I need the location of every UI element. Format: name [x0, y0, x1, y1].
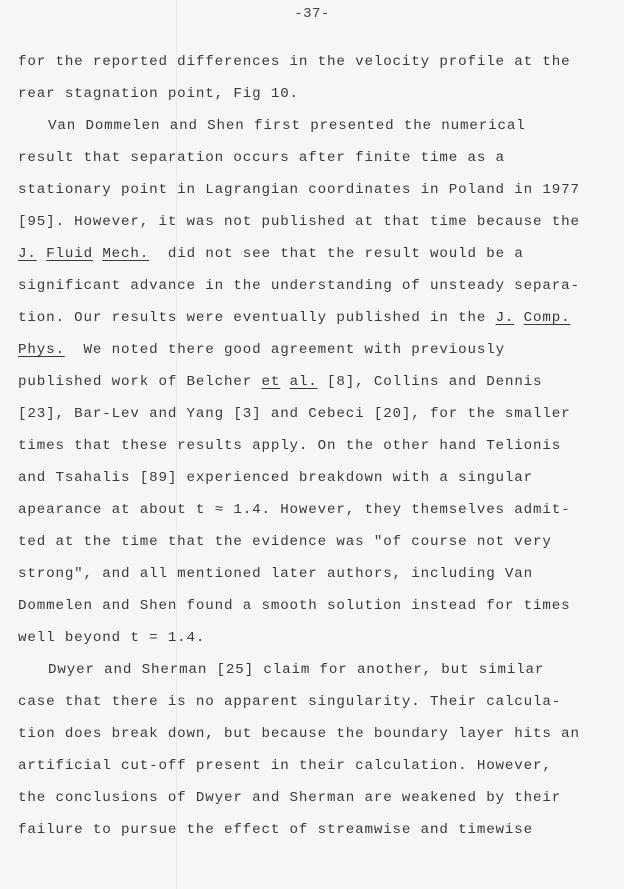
text-line: case that there is no apparent singulari… [18, 692, 618, 724]
journal-name: J. [18, 246, 37, 262]
text-line: Phys. We noted there good agreement with… [18, 340, 618, 372]
text-line: and Tsahalis [89] experienced breakdown … [18, 468, 618, 500]
text-line: tion. Our results were eventually publis… [18, 308, 618, 340]
text-line: the conclusions of Dwyer and Sherman are… [18, 788, 618, 820]
text-line: stationary point in Lagrangian coordinat… [18, 180, 618, 212]
text-fragment: tion. Our results were eventually publis… [18, 310, 496, 326]
journal-name: Fluid [46, 246, 93, 262]
text-line: [95]. However, it was not published at t… [18, 212, 618, 244]
paragraph-start-line: Dwyer and Sherman [25] claim for another… [18, 660, 618, 692]
text-line: failure to pursue the effect of streamwi… [18, 820, 618, 852]
page-number: -37- [0, 6, 624, 22]
text-line: ted at the time that the evidence was "o… [18, 532, 618, 564]
latin-abbreviation: et [261, 374, 280, 390]
text-line: result that separation occurs after fini… [18, 148, 618, 180]
paragraph-start-line: Van Dommelen and Shen first presented th… [18, 116, 618, 148]
text-fragment: published work of Belcher [18, 374, 261, 390]
journal-name: Mech. [102, 246, 149, 262]
text-line: strong", and all mentioned later authors… [18, 564, 618, 596]
text-line: well beyond t = 1.4. [18, 628, 618, 660]
journal-name: Comp. [524, 310, 571, 326]
text-line: artificial cut-off present in their calc… [18, 756, 618, 788]
text-fragment: [8], Collins and Dennis [318, 374, 543, 390]
body-text: for the reported differences in the velo… [18, 52, 618, 852]
text-fragment: We noted there good agreement with previ… [65, 342, 505, 358]
text-line: times that these results apply. On the o… [18, 436, 618, 468]
text-line: significant advance in the understanding… [18, 276, 618, 308]
text-line: tion does break down, but because the bo… [18, 724, 618, 756]
latin-abbreviation: al. [290, 374, 318, 390]
text-line: apearance at about t ≈ 1.4. However, the… [18, 500, 618, 532]
journal-name: Phys. [18, 342, 65, 358]
text-line: [23], Bar-Lev and Yang [3] and Cebeci [2… [18, 404, 618, 436]
text-line: rear stagnation point, Fig 10. [18, 84, 618, 116]
journal-name: J. [496, 310, 515, 326]
text-line: published work of Belcher et al. [8], Co… [18, 372, 618, 404]
text-line: for the reported differences in the velo… [18, 52, 618, 84]
text-fragment: did not see that the result would be a [149, 246, 524, 262]
text-line: Dommelen and Shen found a smooth solutio… [18, 596, 618, 628]
text-line: J. Fluid Mech. did not see that the resu… [18, 244, 618, 276]
